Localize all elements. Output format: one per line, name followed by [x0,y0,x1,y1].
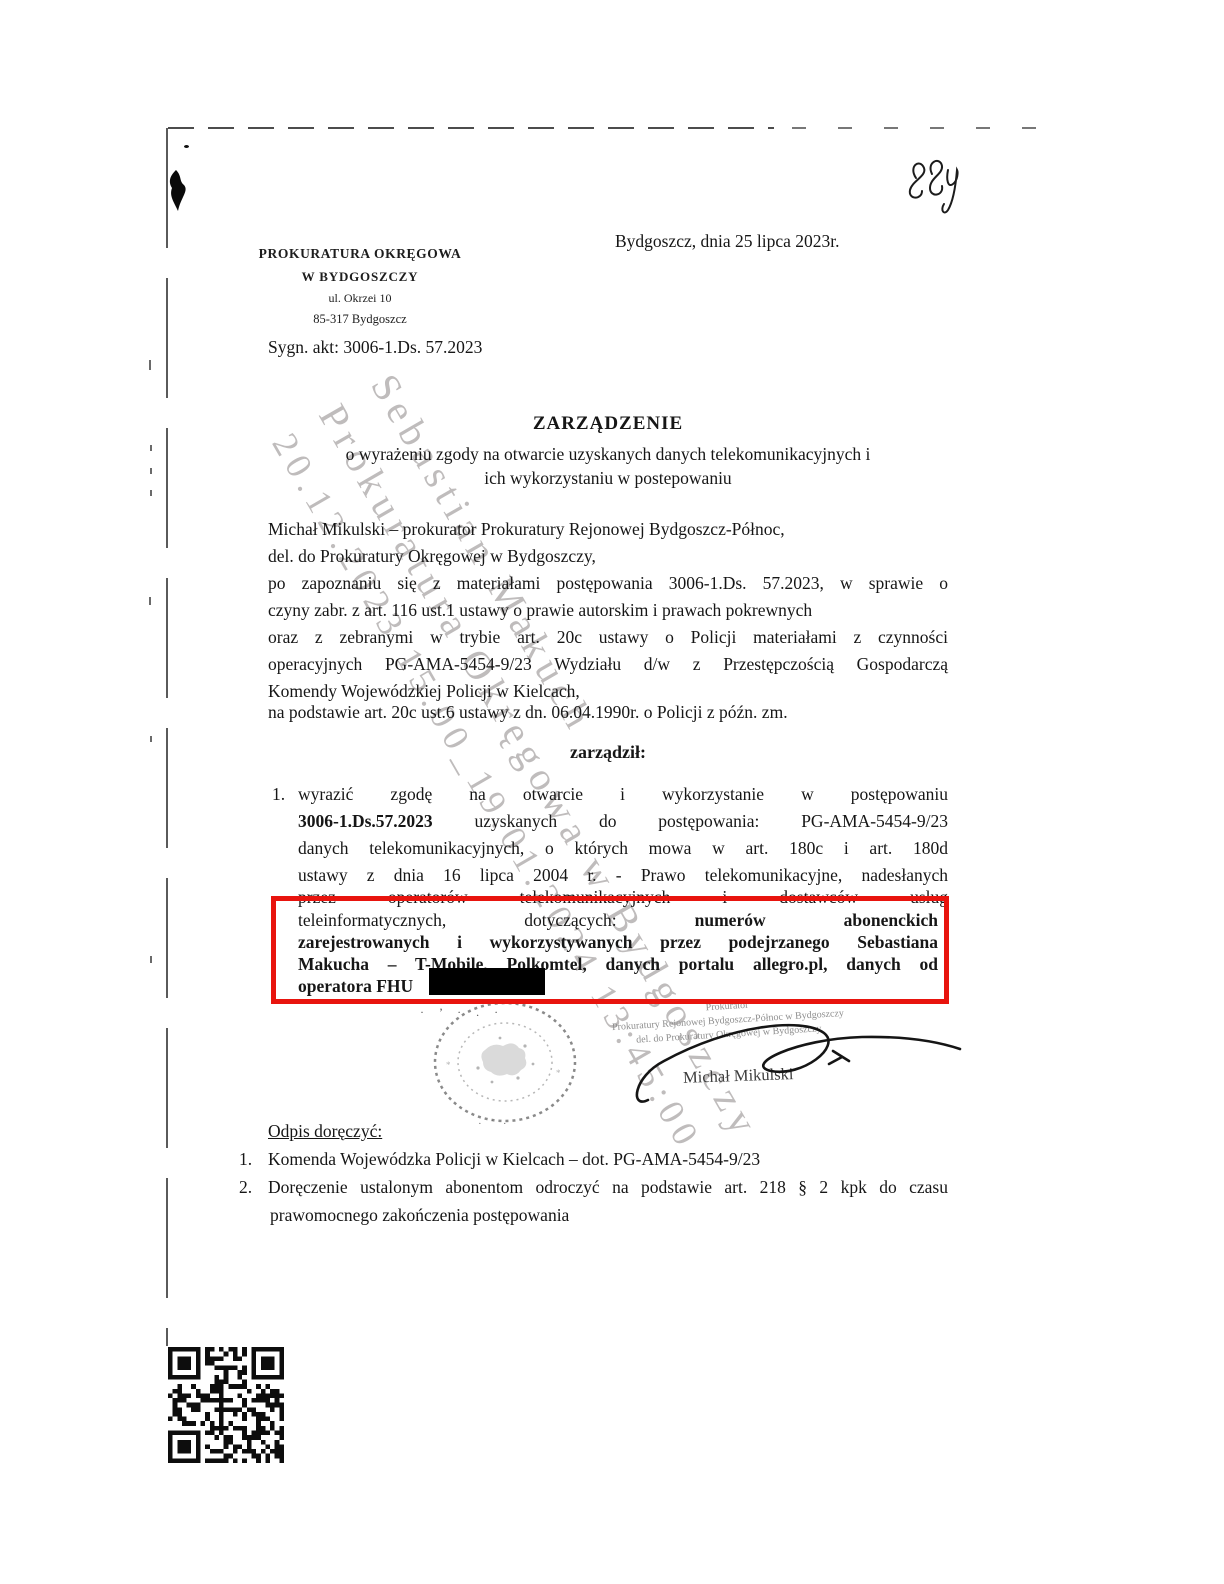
intro-line: Michał Mikulski – prokurator Prokuratury… [268,518,948,545]
scan-artifact-margin-tick [150,736,152,742]
scan-artifact-top-dashed-line-right [792,127,1048,129]
distribution-item1: Komenda Wojewódzka Policji w Kielcach – … [268,1148,760,1175]
decree-heading: zarządził: [268,741,948,764]
distribution-item2-line1: Doręczenie ustalonym abonentom odroczyć … [268,1176,948,1203]
red-highlight-box [271,896,949,1004]
distribution-item2-number: 2. [239,1176,252,1199]
legal-basis-line: na podstawie art. 20c ust.6 ustawy z dn.… [268,701,948,728]
svg-text:*: * [446,1060,451,1070]
recital-line: oraz z zebranymi w trybie art. 20c ustaw… [268,626,948,653]
letterhead-postal: 85-317 Bydgoszcz [258,311,462,327]
item1-number: 1. [272,783,285,810]
letterhead-office-name: PROKURATURA OKRĘGOWA [258,245,462,263]
letterhead: PROKURATURA OKRĘGOWA W BYDGOSZCZY ul. Ok… [258,245,462,327]
recital-line: po zapoznaniu się z materiałami postępow… [268,572,948,599]
distribution-item1-number: 1. [239,1148,252,1171]
document-subtitle-line2: ich wykorzystaniu w postepowaniu [268,466,948,490]
title-block: ZARZĄDZENIE o wyrażeniu zgody na otwarci… [268,412,948,490]
scan-artifact-margin-tick [150,468,152,474]
recital-line: operacyjnych PG-AMA-5454-9/23 Wydziału d… [268,653,948,680]
scan-artifact-margin-tick [150,490,152,496]
intro-line: del. do Prokuratury Okręgowej w Bydgoszc… [268,545,948,572]
scan-artifact-margin-tick [149,360,151,370]
scan-artifact-margin-tick [149,597,151,605]
recitals-paragraph: po zapoznaniu się z materiałami postępow… [268,572,948,707]
scan-artifact-ink-blob [164,168,190,214]
scan-artifact-left-margin-line [166,128,168,1346]
scan-artifact-top-dashed-line [168,127,774,129]
qr-code [168,1347,284,1463]
document-subtitle-line1: o wyrażeniu zgody na otwarcie uzyskanych… [268,442,948,466]
svg-text:*: * [556,1068,561,1078]
item1-line3: danych telekomunikacyjnych, o których mo… [298,837,948,864]
handwritten-signature [630,1015,975,1115]
item1-line1: wyrazić zgodę na otwarcie i wykorzystani… [298,783,948,810]
distribution-item2-line2: prawomocnego zakończenia postępowania [270,1204,569,1231]
date-line: Bydgoszcz, dnia 25 lipca 2023r. [615,230,840,253]
recital-line: czyny zabr. z art. 116 ust.1 ustawy o pr… [268,599,948,626]
round-official-stamp: * * [430,998,580,1134]
redaction-bar [429,968,545,995]
scan-artifact-ink-dot [184,145,189,148]
case-reference: Sygn. akt: 3006-1.Ds. 57.2023 [268,336,482,359]
letterhead-city: W BYDGOSZCZY [258,269,462,286]
intro-paragraph: Michał Mikulski – prokurator Prokuratury… [268,518,948,572]
distribution-heading: Odpis doręczyć: [268,1120,382,1143]
scan-artifact-margin-tick [150,956,152,963]
scan-artifact-margin-tick [150,445,152,451]
item1-line2: 3006-1.Ds.57.2023 uzyskanych do postępow… [298,810,948,837]
item1-line2-bold: 3006-1.Ds.57.2023 [298,811,433,831]
item1-line2-rest: uzyskanych do postępowania: PG-AMA-5454-… [475,811,949,831]
scanned-document-page: Sebastian Makuch Prokuratura Okręgowa w … [0,0,1224,1584]
letterhead-street: ul. Okrzei 10 [258,291,462,307]
handwritten-page-mark [898,148,970,226]
document-title: ZARZĄDZENIE [268,412,948,437]
